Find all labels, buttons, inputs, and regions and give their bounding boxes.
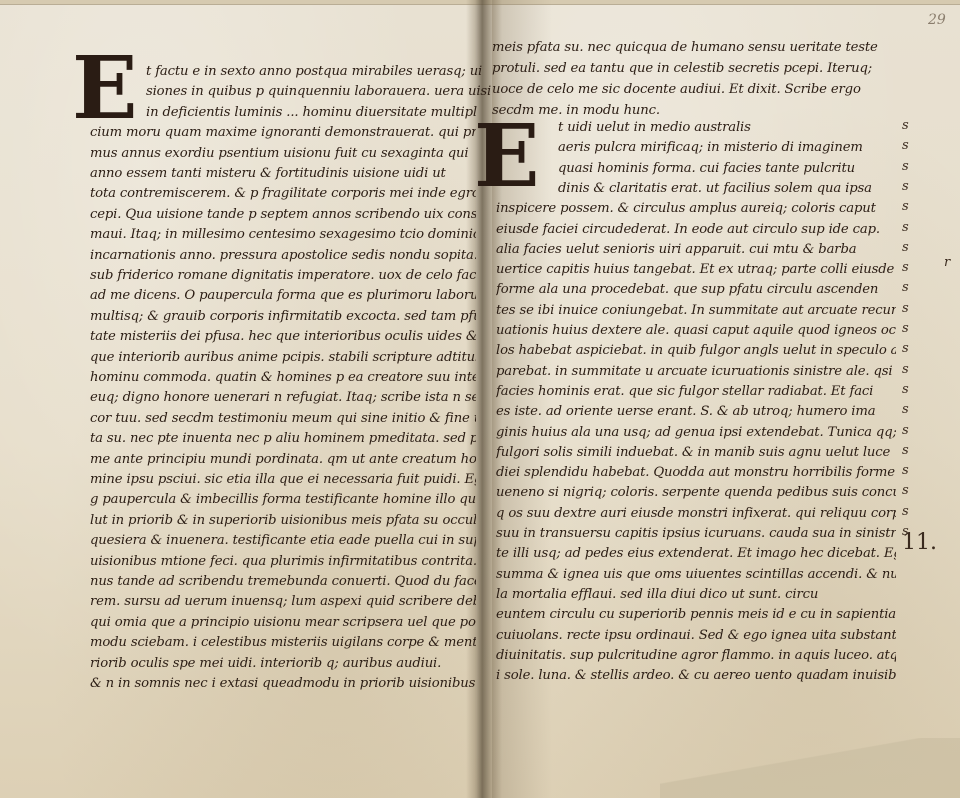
text-line: cepi. Qua uisione tande p septem annos s…: [90, 207, 476, 223]
text-line: mine ipsu psciui. sic etia illa que ei n…: [90, 472, 476, 488]
margin-mark: s: [902, 118, 909, 133]
text-line: uisionibus mtione feci. qua plurimis inf…: [90, 554, 476, 570]
text-line: rem. sursu ad uerum inuensq; lum aspexi …: [90, 594, 476, 610]
text-line: hominu commoda. quatin & homines p ea cr…: [90, 370, 476, 386]
text-line: t uidi uelut in medio australis: [558, 120, 751, 136]
margin-mark: s: [902, 280, 909, 295]
text-line: ginis huius ala una usq; ad genua ipsi e…: [496, 425, 896, 441]
text-line: euq; digno honore uenerari n refugiat. I…: [90, 390, 476, 406]
text-line: i sole. luna. & stellis ardeo. & cu aere…: [496, 668, 896, 684]
text-line: & n in somnis nec i extasi queadmodu in …: [90, 676, 475, 692]
text-line: sub friderico romane dignitatis imperato…: [90, 268, 476, 284]
margin-roman-numeral: 11.: [902, 530, 937, 555]
margin-mark: s: [902, 240, 909, 255]
text-line: es iste. ad oriente uerse erant. S. & ab…: [496, 404, 875, 420]
text-line: diuinitatis. sup pulcritudine agror flam…: [496, 648, 896, 664]
text-line: lut in priorib & in superiorib uisionibu…: [90, 513, 476, 529]
text-line: me ante principiu mundi pordinata. qm ut…: [90, 452, 476, 468]
margin-mark: s: [902, 463, 909, 478]
text-line: multisq; & grauib corporis infirmitatib …: [90, 309, 476, 325]
text-line: meis pfata su. nec quicqua de humano sen…: [492, 40, 878, 56]
text-line: alia facies uelut senioris uiri apparuit…: [496, 242, 856, 258]
text-line: ta su. nec pte inuenta nec p aliu homine…: [90, 431, 476, 447]
text-line: secdm me. in modu hunc.: [492, 103, 660, 119]
text-line: suu in transuersu capitis ipsius icuruan…: [496, 526, 896, 542]
text-line: incarnationis anno. pressura apostolice …: [90, 248, 476, 264]
text-line: anno essem tanti misteru & fortitudinis …: [90, 166, 446, 182]
text-line: tes se ibi inuice coniungebat. In summit…: [496, 303, 896, 319]
text-line: te illi usq; ad pedes eius extenderat. E…: [496, 546, 896, 562]
text-line: parebat. in summitate u arcuate icuruati…: [496, 364, 892, 380]
decorated-initial-left: E: [72, 46, 138, 132]
text-line: los habebat aspiciebat. in quib fulgor a…: [496, 343, 896, 359]
margin-mark: s: [902, 138, 909, 153]
text-line: uationis huius dextere ale. quasi caput …: [496, 323, 896, 339]
text-line: eiusde faciei circudederat. In eode aut …: [496, 222, 880, 238]
text-line: siones in quibus p quinquenniu laborauer…: [146, 84, 491, 100]
text-line: mus annus exordiu psentium uisionu fuit …: [90, 146, 468, 162]
margin-mark: s: [902, 402, 909, 417]
text-line: euntem circulu cu superiorib pennis meis…: [496, 607, 896, 623]
text-line: summa & ignea uis que oms uiuentes scint…: [496, 567, 896, 583]
text-line: riorib oculis spe mei uidi. interiorib q…: [90, 656, 441, 672]
margin-mark: s: [902, 423, 909, 438]
text-line: facies hominis erat. que sic fulgor stel…: [496, 384, 873, 400]
text-line: cor tuu. sed secdm testimoniu meum qui s…: [90, 411, 476, 427]
text-line: que interiorib auribus anime pcipis. sta…: [90, 350, 476, 366]
margin-mark: s: [902, 504, 909, 519]
margin-mark: s: [902, 260, 909, 275]
text-line: inspicere possem. & circulus amplus aure…: [496, 201, 876, 217]
margin-mark: s: [902, 483, 909, 498]
text-line: diei splendidu habebat. Quodda aut monst…: [496, 465, 895, 481]
folio-number: 29: [928, 12, 946, 28]
text-line: g paupercula & imbecillis forma testific…: [90, 492, 476, 508]
text-line: modu sciebam. i celestibus misteriis uig…: [90, 635, 476, 651]
text-line: cium moru quam maxime ignoranti demonstr…: [90, 125, 476, 141]
text-line: quesiera & inuenera. testificante etia e…: [90, 533, 476, 549]
margin-mark: s: [902, 362, 909, 377]
decorated-initial-right: E: [474, 114, 540, 200]
text-line: qui omia que a principio uisionu mear sc…: [90, 615, 476, 631]
text-line: forme ala una procedebat. que sup pfatu …: [496, 282, 878, 298]
text-line: la mortalia efflaui. sed illa diui dico …: [496, 587, 818, 603]
margin-mark: s: [902, 301, 909, 316]
margin-mark: s: [902, 321, 909, 336]
text-line: uoce de celo me sic docente audiui. Et d…: [492, 82, 861, 98]
text-line: cuiuolans. recte ipsu ordinaui. Sed & eg…: [496, 628, 896, 644]
margin-mark: s: [902, 179, 909, 194]
margin-mark: s: [902, 382, 909, 397]
text-line: uertice capitis huius tangebat. Et ex ut…: [496, 262, 894, 278]
text-line: maui. Itaq; in millesimo centesimo sexag…: [90, 227, 476, 243]
margin-mark: s: [902, 341, 909, 356]
manuscript-spread: 29 E E t factu e in sexto anno postqua m…: [0, 0, 960, 798]
text-line: t factu e in sexto anno postqua mirabile…: [146, 64, 482, 80]
margin-mark: s: [902, 199, 909, 214]
margin-mark: s: [902, 159, 909, 174]
text-line: in deficientis luminis ... hominu diuers…: [146, 105, 477, 121]
text-line: quasi hominis forma. cui facies tante pu…: [558, 161, 855, 177]
text-line: tate misteriis dei pfusa. hec que interi…: [90, 329, 476, 345]
text-line: aeris pulcra mirificaq; in misterio di i…: [558, 140, 863, 156]
text-line: ueneno si nigriq; coloris. serpente quen…: [496, 485, 896, 501]
torn-page-edge: [660, 738, 960, 798]
margin-mark: s: [902, 443, 909, 458]
text-line: nus tande ad scribendu tremebunda conuer…: [90, 574, 476, 590]
text-line: q os suu dextre auri eiusde monstri infi…: [496, 506, 896, 522]
text-line: tota contremiscerem. & p fragilitate cor…: [90, 186, 476, 202]
text-line: fulgori solis simili induebat. & in mani…: [496, 445, 890, 461]
margin-mark: s: [902, 220, 909, 235]
text-line: ad me dicens. O paupercula forma que es …: [90, 288, 476, 304]
margin-letter: r: [944, 255, 950, 270]
text-line: dinis & claritatis erat. ut facilius sol…: [558, 181, 872, 197]
text-line: protuli. sed ea tantu que in celestib se…: [492, 61, 872, 77]
